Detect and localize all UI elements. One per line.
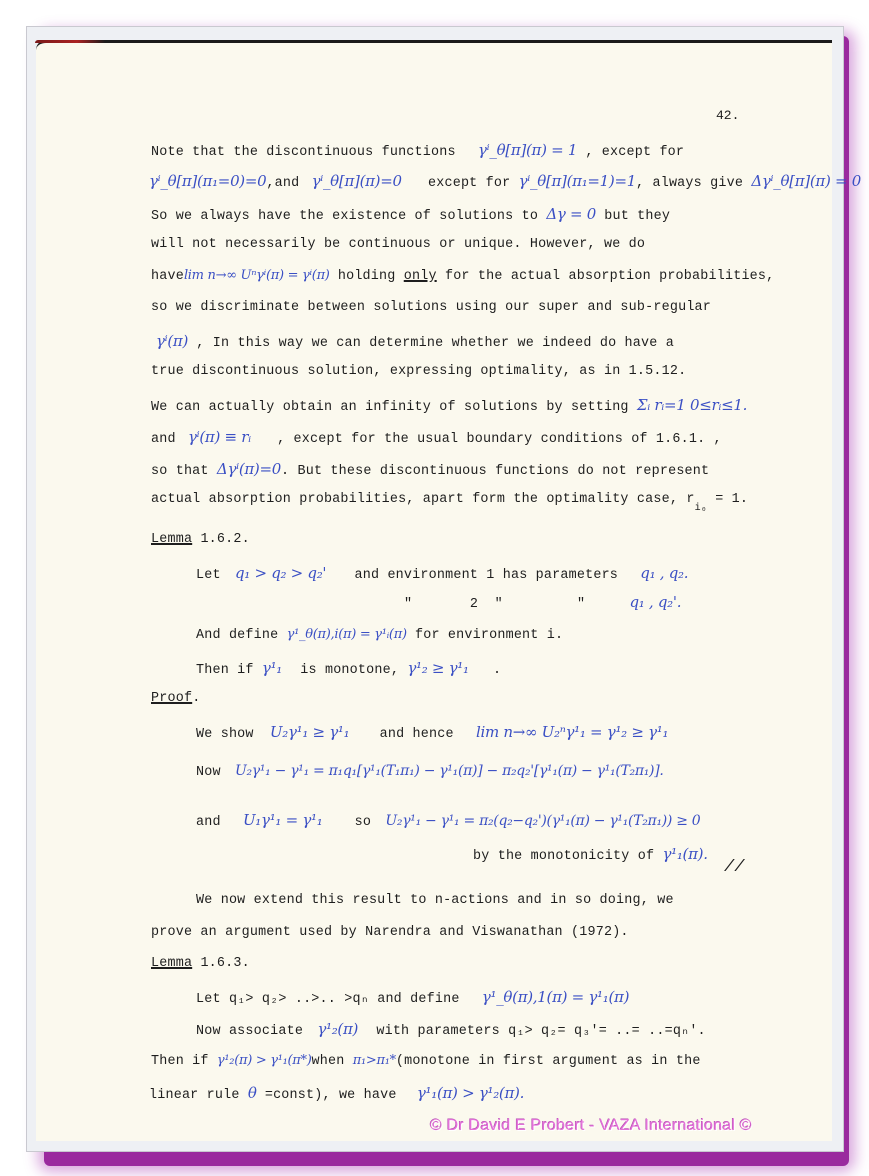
formula-gamma-pi: γⁱ(π)	[156, 332, 188, 350]
text: and hence	[380, 727, 454, 742]
formula-params-env1: q₁ , q₂.	[640, 564, 688, 582]
text: We now extend this result to n-actions a…	[196, 893, 616, 908]
text: So we always have the existence of solut…	[151, 209, 538, 224]
lemma-1-6-3-heading: Lemma 1.6.3.	[151, 956, 250, 971]
text: We can actually obtain an infinity of so…	[151, 400, 629, 415]
lemma-1-6-2-heading: Lemma 1.6.2.	[151, 532, 250, 547]
formula-gamma1: γ¹₁	[262, 659, 282, 677]
text: have	[151, 269, 184, 284]
formula-pi-gt: π₁>π₁*	[353, 1053, 396, 1068]
text: = 1.	[707, 492, 748, 507]
ditto-marks: " 2 " "	[404, 597, 585, 612]
copyright-watermark: © Dr David E Probert - VAZA Internationa…	[430, 1117, 752, 1135]
lemma-label: Lemma	[151, 532, 192, 547]
text: for environment i.	[415, 628, 563, 643]
p1-line4: will not necessarily be continuous or un…	[151, 237, 645, 252]
p1-line8: true discontinuous solution, expressing …	[151, 364, 686, 379]
p1-line10: and γⁱ(π) ≡ rᵢ , except for the usual bo…	[151, 428, 722, 447]
proof-heading: Proof.	[151, 691, 200, 706]
formula-define-gamma: γ¹_θ(π),i(π) = γ¹ᵢ(π)	[287, 627, 407, 642]
text: Now associate	[196, 1024, 303, 1039]
lemma1-define: And define γ¹_θ(π),i(π) = γ¹ᵢ(π) for env…	[196, 627, 563, 643]
lemma2-let: Let q₁> q₂> ..>.. >qₙ and define γ¹_θ(π)…	[196, 988, 629, 1007]
lemma-number: 1.6.3.	[200, 956, 249, 971]
proof-show: We show U₂γ¹₁ ≥ γ¹₁ and hence lim n→∞ U₂…	[196, 723, 668, 742]
proof-now: Now U₂γ¹₁ − γ¹₁ = π₁q₁[γ¹₁(T₁π₁) − γ¹₁(π…	[196, 763, 664, 780]
formula-limit-u2: lim n→∞ U₂ⁿγ¹₁ = γ¹₂ ≥ γ¹₁	[476, 723, 668, 741]
p1-line3: So we always have the existence of solut…	[151, 205, 670, 224]
text: and	[196, 815, 221, 830]
p2-line2: prove an argument used by Narendra and V…	[151, 925, 629, 940]
formula-gamma-pi1-0: γⁱ_θ[π](π₁=0)=0	[149, 172, 266, 190]
lemma1-ditto: " 2 " " q₁ , q₂'.	[404, 593, 681, 612]
formula-gamma-pi1-1: γⁱ_θ[π](π₁=1)=1	[519, 172, 636, 190]
p1-line6: so we discriminate between solutions usi…	[151, 300, 711, 315]
formula-gamma2-gt: γ¹₂(π) > γ¹₁(π*)	[217, 1053, 312, 1068]
p1-line5: havelim n→∞ Uⁿγⁱ(π) = γⁱ(π) holding only…	[151, 268, 774, 284]
text: so	[355, 815, 371, 830]
text: is monotone,	[300, 663, 399, 678]
proof-by: by the monotonicity of γ¹₁(π).	[473, 845, 708, 864]
formula-difference: U₂γ¹₁ − γ¹₁ = π₁q₁[γ¹₁(T₁π₁) − γ¹₁(π)] −…	[235, 763, 664, 779]
text: , In this way we can determine whether w…	[196, 336, 674, 351]
text: .	[493, 663, 501, 678]
text: by the monotonicity of	[473, 849, 654, 864]
formula-params-env2: q₁ , q₂'.	[629, 593, 681, 611]
formula-delta-gamma-0: Δγ = 0	[546, 205, 596, 223]
formula-gamma2-ge-gamma1: γ¹₂ ≥ γ¹₁	[407, 659, 468, 677]
p1-line7: γⁱ(π) , In this way we can determine whe…	[156, 332, 674, 351]
text: for the actual absorption probabilities,	[445, 269, 774, 284]
lemma1-then: Then if γ¹₁ is monotone, γ¹₂ ≥ γ¹₁ .	[196, 659, 501, 678]
text: ,and	[266, 176, 299, 191]
text: and	[151, 432, 176, 447]
text: linear rule	[149, 1088, 240, 1103]
text: and environment 1 has parameters	[355, 568, 619, 583]
formula-gamma-eq-1: γⁱ_θ[π](π) = 1	[478, 141, 577, 159]
p1-line11: so that Δγⁱ(π)=0. But these discontinuou…	[151, 460, 709, 479]
text: , always give	[636, 176, 743, 191]
formula-define-gamma-1: γ¹_θ(π),1(π) = γ¹₁(π)	[482, 988, 629, 1006]
text: Let	[196, 568, 221, 583]
text: And define	[196, 628, 278, 643]
formula-delta-gamma: Δγⁱ_θ[π](π) = 0	[751, 172, 861, 190]
formula-conclusion: γ¹₁(π) > γ¹₂(π).	[417, 1084, 524, 1102]
lemma1-let: Let q₁ > q₂ > q₂' and environment 1 has …	[196, 564, 688, 583]
text: .	[192, 691, 200, 706]
text: =const), we have	[265, 1088, 397, 1103]
text: with parameters q₁> q₂= q₃'= ..= ..=qₙ'.	[376, 1024, 705, 1039]
formula-u1-gamma: U₁γ¹₁ = γ¹₁	[243, 811, 322, 829]
text: , except for the usual boundary conditio…	[277, 432, 722, 447]
p2-line1: We now extend this result to n-actions a…	[196, 893, 674, 908]
qed-mark: //	[724, 858, 744, 877]
page-number: 42.	[716, 108, 739, 123]
lemma2-associate: Now associate γ¹₂(π) with parameters q₁>…	[196, 1020, 706, 1039]
p1-line2: γⁱ_θ[π](π₁=0)=0,and γⁱ_θ[π](π)=0 except …	[149, 172, 861, 191]
text: Now	[196, 765, 221, 780]
p1-line9: We can actually obtain an infinity of so…	[151, 396, 747, 415]
text: so that	[151, 464, 209, 479]
text: We show	[196, 727, 254, 742]
proof-and: and U₁γ¹₁ = γ¹₁ so U₂γ¹₁ − γ¹₁ = π₂(q₂−q…	[196, 811, 700, 830]
text: Let q₁> q₂> ..>.. >qₙ and define	[196, 992, 460, 1007]
formula-q-order: q₁ > q₂ > q₂'	[235, 564, 326, 582]
proof-label: Proof	[151, 691, 192, 706]
text: Then if	[196, 663, 254, 678]
lemma-label: Lemma	[151, 956, 192, 971]
text: , except for	[585, 145, 684, 160]
p1-line12: actual absorption probabilities, apart f…	[151, 492, 748, 510]
formula-sum-r: Σᵢ rᵢ=1 0≤rᵢ≤1.	[637, 396, 747, 414]
formula-theta: θ	[248, 1084, 257, 1102]
lemma2-then: Then if γ¹₂(π) > γ¹₁(π*)when π₁>π₁*(mono…	[151, 1053, 701, 1069]
formula-gamma-eq-0: γⁱ_θ[π](π)=0	[312, 172, 402, 190]
formula-gamma-r: γⁱ(π) ≡ rᵢ	[188, 428, 251, 446]
text: except for	[428, 176, 510, 191]
formula-limit: lim n→∞ Uⁿγⁱ(π) = γⁱ(π)	[184, 268, 330, 283]
text: holding	[338, 269, 396, 284]
text: Note that the discontinuous functions	[151, 145, 456, 160]
formula-delta-gamma-pi: Δγⁱ(π)=0	[217, 460, 281, 478]
formula-nonneg: U₂γ¹₁ − γ¹₁ = π₂(q₂−q₂')(γ¹₁(π) − γ¹₁(T₂…	[385, 813, 700, 829]
text: when	[312, 1054, 345, 1069]
text: . But these discontinuous functions do n…	[281, 464, 709, 479]
text: (monotone in first argument as in the	[396, 1054, 701, 1069]
p1-line1: Note that the discontinuous functions γⁱ…	[151, 141, 684, 160]
text: Then if	[151, 1054, 209, 1069]
lemma2-rule: linear rule θ =const), we have γ¹₁(π) > …	[149, 1084, 524, 1103]
text: actual absorption probabilities, apart f…	[151, 492, 695, 507]
formula-gamma-mono: γ¹₁(π).	[662, 845, 707, 863]
text: ing, we	[616, 893, 674, 908]
formula-u2-gamma: U₂γ¹₁ ≥ γ¹₁	[270, 723, 349, 741]
subscript: i₀	[695, 503, 707, 514]
emphasis-only: only	[404, 269, 437, 284]
text: but they	[604, 209, 670, 224]
formula-gamma2: γ¹₂(π)	[317, 1020, 358, 1038]
lemma-number: 1.6.2.	[200, 532, 249, 547]
